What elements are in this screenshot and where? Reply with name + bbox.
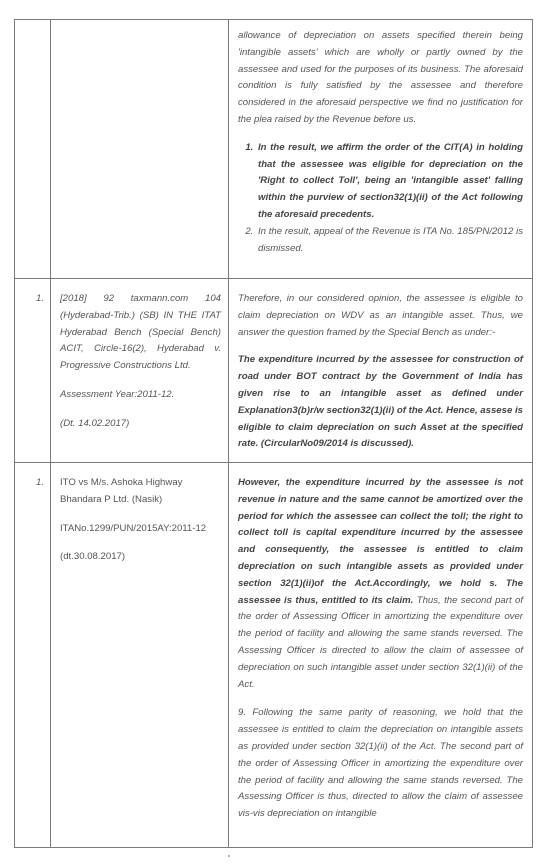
holding-bold-lead: However, the expenditure incurred by the…: [238, 477, 523, 606]
case-title: ITO vs M/s. Ashoka Highway Bhandara P Lt…: [60, 475, 221, 509]
holding-paragraph: Therefore, in our considered opinion, th…: [238, 291, 523, 341]
paragraph-9: 9. Following the same parity of reasonin…: [238, 705, 523, 823]
serial-number: 1.: [15, 475, 44, 492]
case-date: (Dt. 14.02.2017): [60, 416, 221, 433]
table-row: 1. ITO vs M/s. Ashoka Highway Bhandara P…: [15, 463, 533, 848]
holding-cell: However, the expenditure incurred by the…: [229, 463, 533, 848]
holding-plain-tail: Thus, the second part of the order of As…: [238, 595, 523, 690]
holding-cell: Therefore, in our considered opinion, th…: [229, 279, 533, 463]
document-page: allowance of depreciation on assets spec…: [0, 0, 547, 866]
case-cell: ITO vs M/s. Ashoka Highway Bhandara P Lt…: [51, 463, 229, 848]
table-row: 1. [2018] 92 taxmann.com 104 (Hyderabad-…: [15, 279, 533, 463]
holding-cell: allowance of depreciation on assets spec…: [229, 20, 533, 279]
case-cell: [51, 20, 229, 279]
holding-paragraph: However, the expenditure incurred by the…: [238, 475, 523, 693]
result-item: In the result, appeal of the Revenue is …: [256, 224, 523, 258]
serial-cell: [15, 20, 51, 279]
holding-answer: The expenditure incurred by the assessee…: [238, 352, 523, 453]
case-law-table: allowance of depreciation on assets spec…: [14, 19, 533, 848]
assessment-year: Assessment Year:2011-12.: [60, 387, 221, 404]
case-cell: [2018] 92 taxmann.com 104 (Hyderabad-Tri…: [51, 279, 229, 463]
case-date: (dt.30.08.2017): [60, 549, 221, 566]
table-row: allowance of depreciation on assets spec…: [15, 20, 533, 279]
result-item: In the result, we affirm the order of th…: [256, 140, 523, 224]
serial-cell: 1.: [15, 463, 51, 848]
scan-speck: [228, 855, 230, 857]
holding-paragraph: allowance of depreciation on assets spec…: [238, 28, 523, 129]
case-citation: [2018] 92 taxmann.com 104 (Hyderabad-Tri…: [60, 291, 221, 375]
ita-number: ITANo.1299/PUN/2015AY:2011-12: [60, 521, 221, 538]
serial-cell: 1.: [15, 279, 51, 463]
result-list: In the result, we affirm the order of th…: [238, 140, 523, 258]
serial-number: 1.: [15, 291, 44, 308]
